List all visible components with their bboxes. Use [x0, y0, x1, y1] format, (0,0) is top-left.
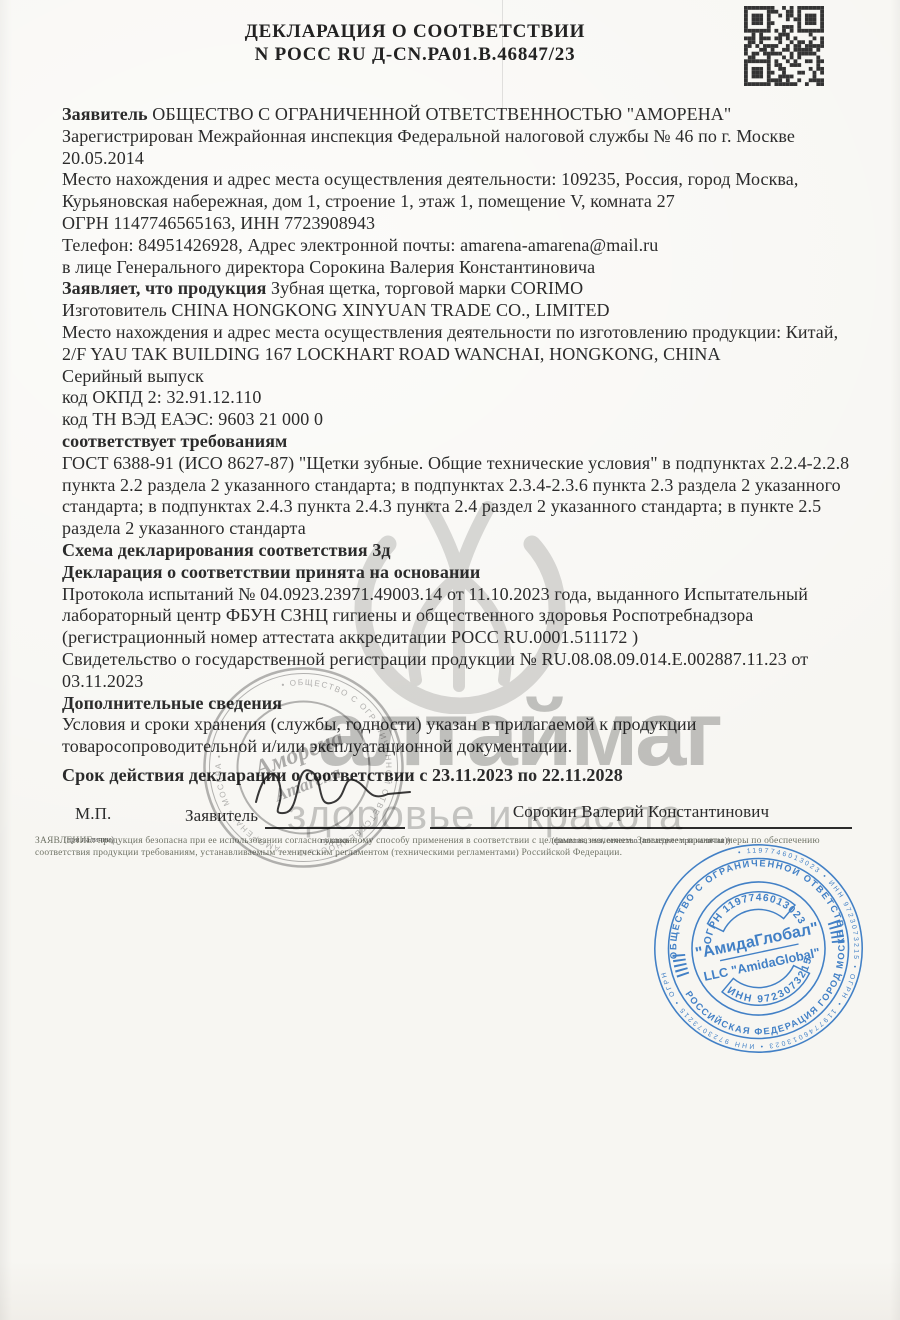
- signature-line: [265, 801, 405, 829]
- doc-line: Заявитель ОБЩЕСТВО С ОГРАНИЧЕННОЙ ОТВЕТС…: [62, 104, 862, 126]
- doc-line: Схема декларирования соответствия 3д: [62, 540, 862, 562]
- doc-line: Декларация о соответствии принята на осн…: [62, 562, 862, 584]
- doc-line: Изготовитель CHINA HONGKONG XINYUAN TRAD…: [62, 300, 862, 322]
- doc-line: соответствует требованиям: [62, 431, 862, 453]
- doc-line-validity: Срок действия декларации о соответствии …: [62, 765, 862, 787]
- doc-line: Телефон: 84951426928, Адрес электронной …: [62, 235, 862, 257]
- doc-line: ОГРН 1147746565163, ИНН 7723908943: [62, 213, 862, 235]
- doc-line: Серийный выпуск: [62, 366, 862, 388]
- scanned-declaration-page: ДЕКЛАРАЦИЯ О СООТВЕТСТВИИ N РОСС RU Д-CN…: [0, 0, 900, 1320]
- doc-line: в лице Генерального директора Сорокина В…: [62, 257, 862, 279]
- doc-line: Протокола испытаний № 04.0923.23971.4900…: [62, 584, 862, 649]
- doc-line: Условия и сроки хранения (службы, годнос…: [62, 714, 862, 758]
- mp-label: М.П.: [75, 803, 111, 825]
- doc-line: Свидетельство о государственной регистра…: [62, 649, 862, 693]
- amidaglobal-seal: • 1197746013023 • ИНН 9723073215 • ОГРН …: [646, 836, 871, 1061]
- doc-line: Дополнительные сведения: [62, 693, 862, 715]
- doc-title: ДЕКЛАРАЦИЯ О СООТВЕТСТВИИ N РОСС RU Д-CN…: [0, 20, 830, 66]
- applicant-name: Сорокин Валерий Константинович: [430, 801, 852, 829]
- doc-line: Место нахождения и адрес места осуществл…: [62, 169, 862, 213]
- applicant-label: Заявитель: [185, 805, 258, 827]
- doc-line: Заявляет, что продукция Зубная щетка, то…: [62, 278, 862, 300]
- doc-line: ГОСТ 6388-91 (ИСО 8627-87) "Щетки зубные…: [62, 453, 862, 540]
- doc-number: N РОСС RU Д-CN.РА01.В.46847/23: [0, 43, 830, 66]
- doc-body: Заявитель ОБЩЕСТВО С ОГРАНИЧЕННОЙ ОТВЕТС…: [62, 104, 862, 857]
- doc-line: код ОКПД 2: 32.91.12.110: [62, 387, 862, 409]
- doc-title-line1: ДЕКЛАРАЦИЯ О СООТВЕТСТВИИ: [0, 20, 830, 43]
- doc-line: код ТН ВЭД ЕАЭС: 9603 21 000 0: [62, 409, 862, 431]
- doc-line: Зарегистрирован Межрайонная инспекция Фе…: [62, 126, 862, 170]
- doc-line: Место нахождения и адрес места осуществл…: [62, 322, 862, 366]
